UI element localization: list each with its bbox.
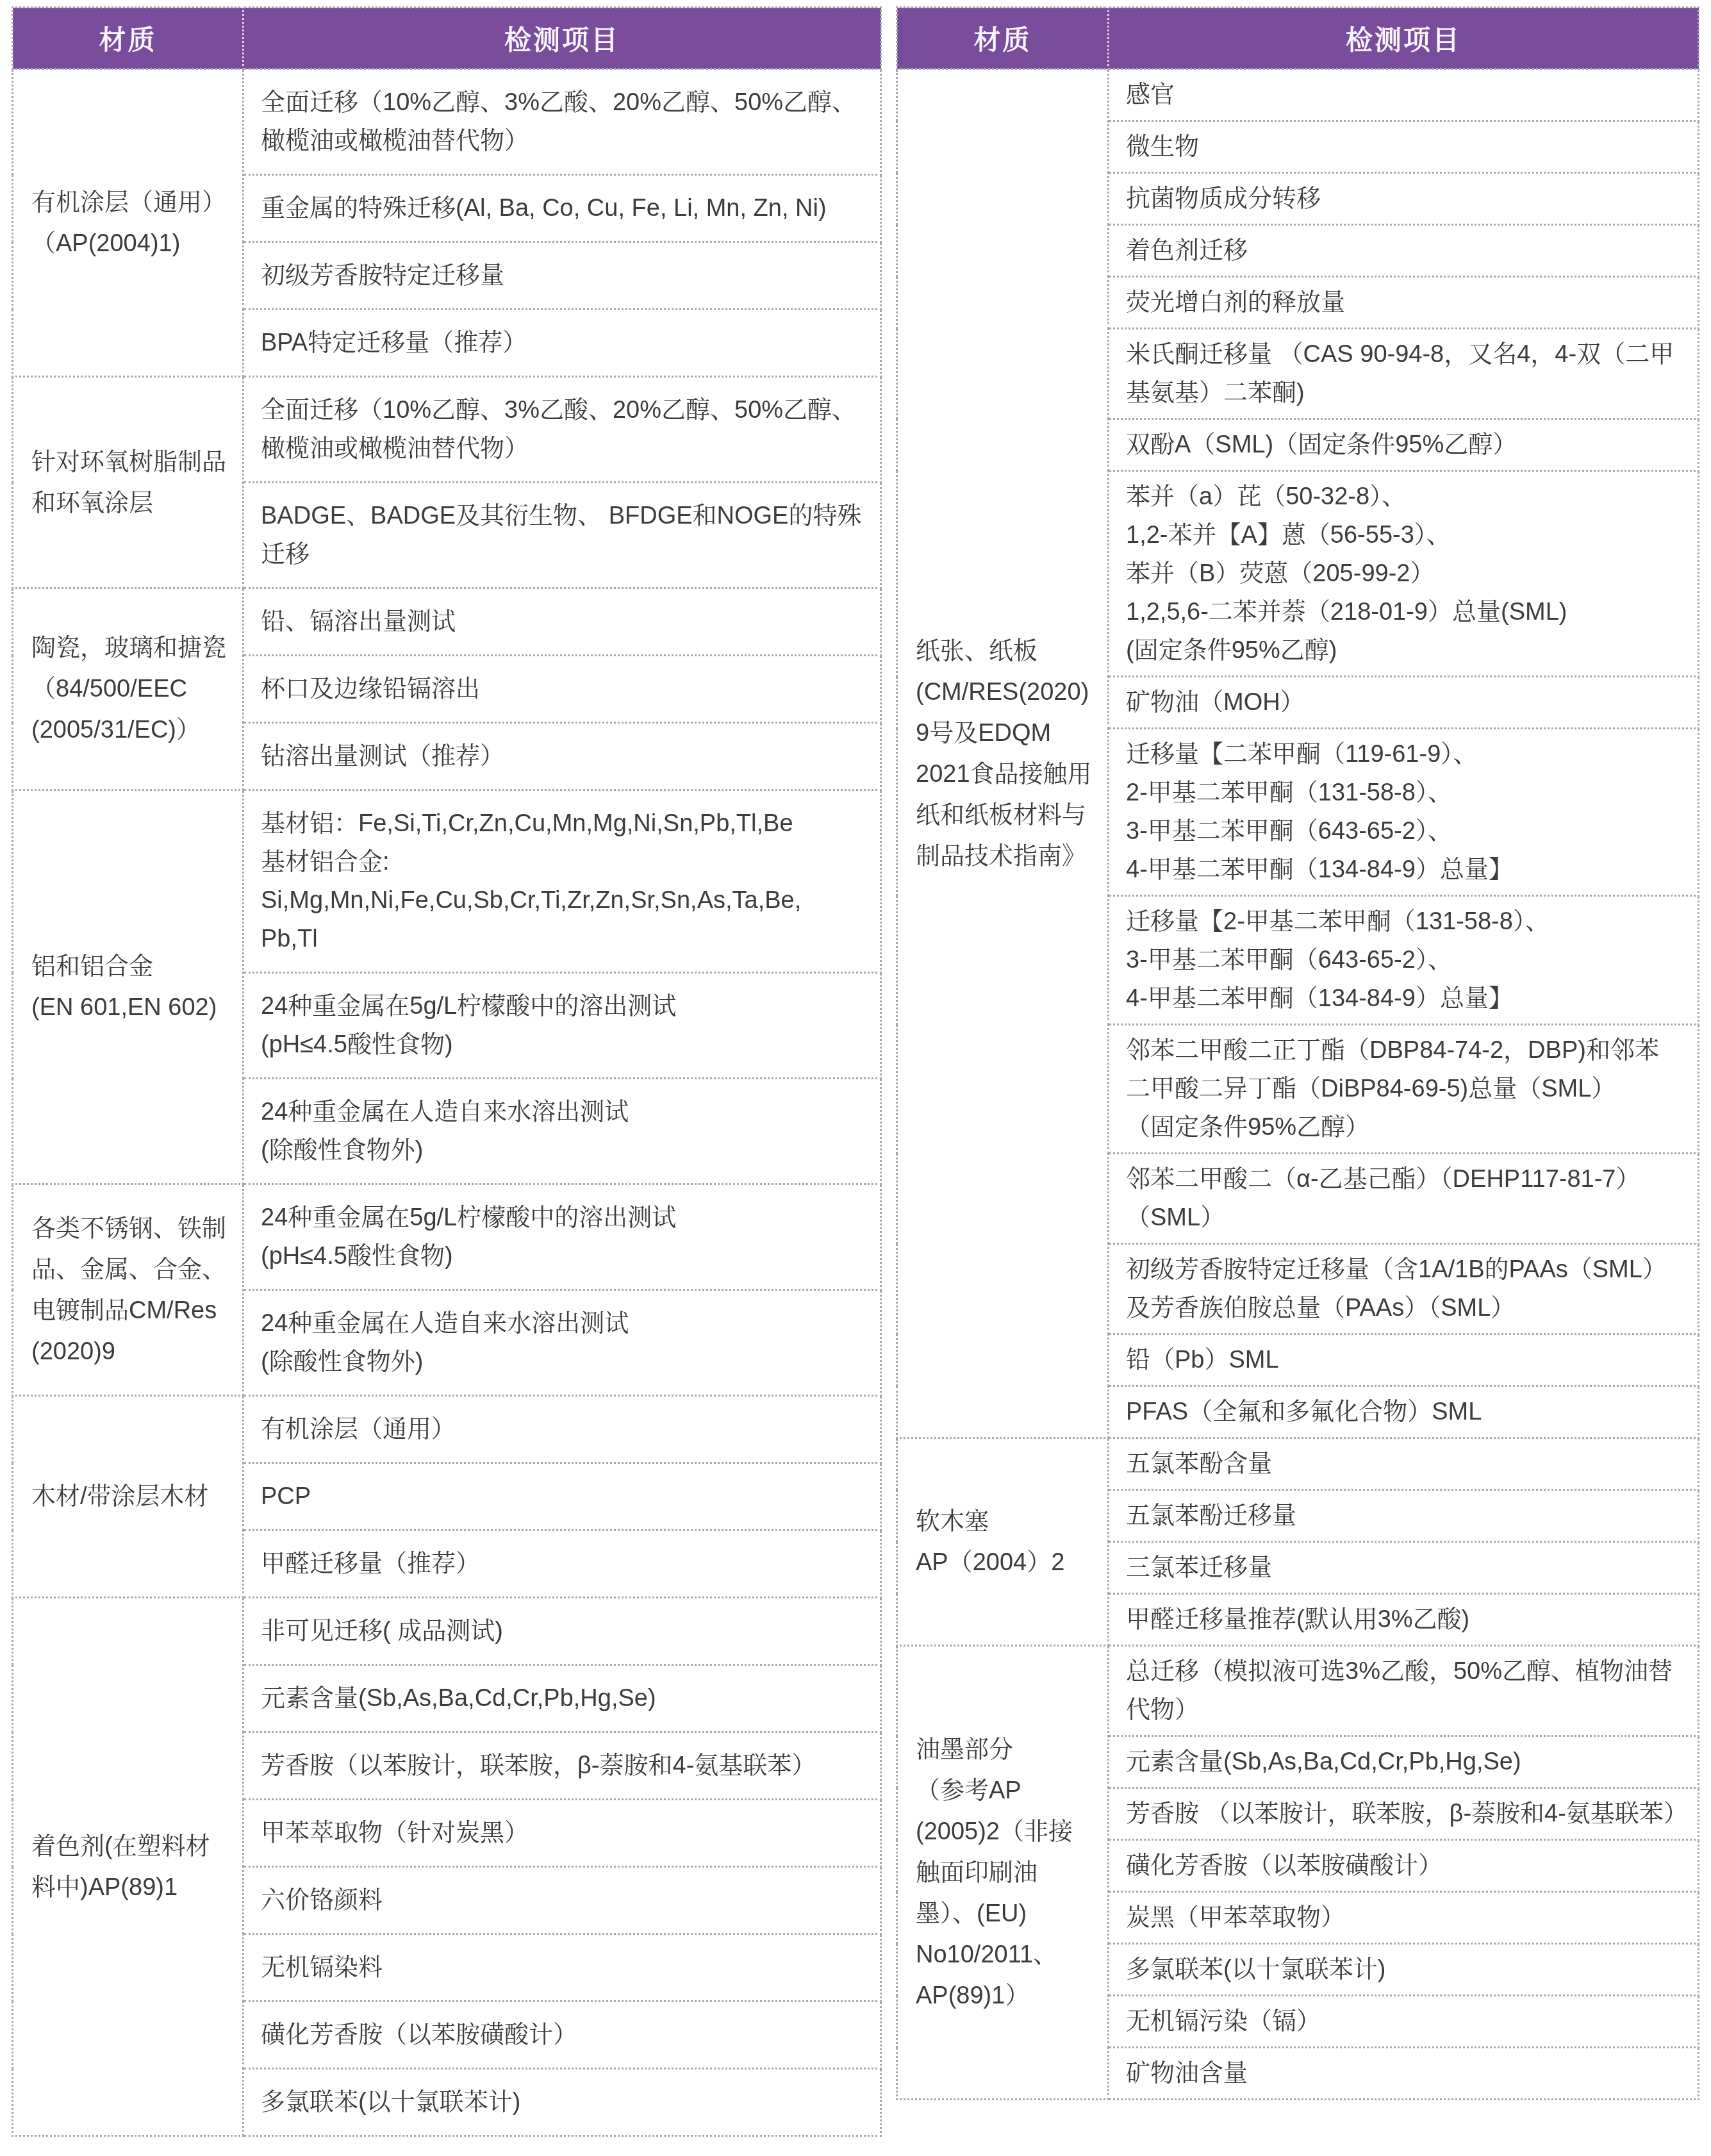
- test-item-text: 钴溶出量测试（推荐）: [261, 737, 504, 775]
- test-item-text: 三氯苯迁移量: [1126, 1548, 1272, 1587]
- test-item-cell: 多氯联苯(以十氯联苯计): [244, 2069, 881, 2136]
- test-item-cell: 抗菌物质成分转移: [1109, 173, 1699, 225]
- test-item-text: 迁移量【2-甲基二苯甲酮（131-58-8）、 3-甲基二苯甲酮（643-65-…: [1126, 902, 1550, 1018]
- test-item-cell: 磺化芳香胺（以苯胺磺酸计）: [1109, 1840, 1699, 1892]
- material-text: 有机涂层（通用） （AP(2004)1): [31, 182, 226, 264]
- test-item-cell: 迁移量【2-甲基二苯甲酮（131-58-8）、 3-甲基二苯甲酮（643-65-…: [1109, 896, 1699, 1025]
- test-item-text: 六价铬颜料: [261, 1881, 383, 1920]
- test-item-text: PCP: [261, 1477, 311, 1516]
- test-item-text: 全面迁移（10%乙醇、3%乙酸、20%乙醇、50%乙醇、橄榄油或橄榄油替代物）: [261, 391, 863, 468]
- test-item-cell: 三氯苯迁移量: [1109, 1542, 1699, 1594]
- test-item-text: 炭黑（甲苯萃取物）: [1126, 1898, 1345, 1937]
- test-item-cell: 荧光增白剂的释放量: [1109, 277, 1699, 329]
- material-text: 软木塞 AP（2004）2: [916, 1501, 1064, 1583]
- test-item-cell: 总迁移（模拟液可选3%乙酸，50%乙醇、植物油替代物）: [1109, 1646, 1699, 1736]
- test-item-cell: 铅、镉溶出量测试: [244, 588, 881, 656]
- table-row: 陶瓷，玻璃和搪瓷 （84/500/EEC (2005/31/EC)）铅、镉溶出量…: [13, 588, 881, 656]
- test-item-text: 杯口及边缘铅镉溶出: [261, 670, 480, 708]
- test-item-text: 铅、镉溶出量测试: [261, 602, 456, 641]
- test-item-text: 矿物油含量: [1126, 2054, 1248, 2093]
- test-item-text: 微生物: [1126, 128, 1199, 166]
- test-item-cell: 炭黑（甲苯萃取物）: [1109, 1892, 1699, 1944]
- test-item-text: 感官: [1126, 76, 1175, 114]
- material-text: 各类不锈钢、铁制 品、金属、合金、 电镀制品CM/Res (2020)9: [31, 1208, 226, 1372]
- test-item-text: 邻苯二甲酸二（α-乙基己酯）（DEHP117-81-7） （SML）: [1126, 1160, 1641, 1237]
- test-item-text: 多氯联苯(以十氯联苯计): [261, 2083, 520, 2121]
- test-item-text: 无机镉污染（镉）: [1126, 2002, 1321, 2041]
- test-item-text: 米氏酮迁移量 （CAS 90-94-8，又名4，4-双（二甲基氨基）二苯酮): [1126, 335, 1681, 412]
- right-material-column-header: 材质: [897, 8, 1109, 69]
- test-item-cell: 铅（Pb）SML: [1109, 1334, 1699, 1386]
- test-item-text: 铅（Pb）SML: [1126, 1341, 1279, 1379]
- left-table-body: 有机涂层（通用） （AP(2004)1)全面迁移（10%乙醇、3%乙酸、20%乙…: [13, 69, 881, 2136]
- material-cell: 各类不锈钢、铁制 品、金属、合金、 电镀制品CM/Res (2020)9: [13, 1184, 244, 1396]
- test-item-text: 元素含量(Sb,As,Ba,Cd,Cr,Pb,Hg,Se): [1126, 1743, 1521, 1781]
- test-item-text: 五氯苯酚含量: [1126, 1445, 1272, 1483]
- test-item-cell: 感官: [1109, 69, 1699, 121]
- test-item-text: 双酚A（SML)（固定条件95%乙醇）: [1126, 426, 1517, 464]
- test-item-text: PFAS（全氟和多氟化合物）SML: [1126, 1393, 1482, 1431]
- test-item-cell: 迁移量【二苯甲酮（119-61-9）、 2-甲基二苯甲酮（131-58-8）、 …: [1109, 729, 1699, 896]
- table-row: 针对环氧树脂制品 和环氧涂层全面迁移（10%乙醇、3%乙酸、20%乙醇、50%乙…: [13, 377, 881, 483]
- test-item-cell: BADGE、BADGE及其衍生物、 BFDGE和NOGE的特殊迁移: [244, 483, 881, 588]
- test-item-text: 甲醛迁移量推荐(默认用3%乙酸): [1126, 1600, 1469, 1639]
- test-item-text: 初级芳香胺特定迁移量: [261, 256, 504, 295]
- left-test-items-column-header: 检测项目: [244, 8, 881, 69]
- test-item-cell: 着色剂迁移: [1109, 225, 1699, 277]
- test-item-text: 24种重金属在5g/L柠檬酸中的溶出测试 (pH≤4.5酸性食物): [261, 987, 676, 1064]
- test-item-cell: 有机涂层（通用）: [244, 1396, 881, 1463]
- test-item-cell: 24种重金属在人造自来水溶出测试 (除酸性食物外): [244, 1290, 881, 1396]
- material-cell: 油墨部分 （参考AP (2005)2（非接 触面印刷油 墨）、(EU) No10…: [897, 1646, 1109, 2100]
- table-row: 铝和铝合金 (EN 601,EN 602)基材铝：Fe,Si,Ti,Cr,Zn,…: [13, 790, 881, 973]
- material-cell: 铝和铝合金 (EN 601,EN 602): [13, 790, 244, 1184]
- table-row: 各类不锈钢、铁制 品、金属、合金、 电镀制品CM/Res (2020)924种重…: [13, 1184, 881, 1290]
- test-item-cell: 五氯苯酚迁移量: [1109, 1490, 1699, 1542]
- test-item-cell: 无机镉污染（镉）: [1109, 1996, 1699, 2048]
- test-item-cell: 甲醛迁移量推荐(默认用3%乙酸): [1109, 1594, 1699, 1646]
- test-item-cell: 六价铬颜料: [244, 1867, 881, 1934]
- material-text: 针对环氧树脂制品 和环氧涂层: [31, 442, 226, 524]
- test-item-cell: 24种重金属在人造自来水溶出测试 (除酸性食物外): [244, 1079, 881, 1184]
- test-item-cell: 全面迁移（10%乙醇、3%乙酸、20%乙醇、50%乙醇、橄榄油或橄榄油替代物）: [244, 69, 881, 175]
- test-item-cell: 甲苯萃取物（针对炭黑）: [244, 1800, 881, 1867]
- test-item-cell: 24种重金属在5g/L柠檬酸中的溶出测试 (pH≤4.5酸性食物): [244, 1184, 881, 1290]
- test-item-text: 有机涂层（通用）: [261, 1410, 456, 1448]
- test-item-text: 抗菌物质成分转移: [1126, 179, 1321, 218]
- test-item-cell: 苯并（a）芘（50-32-8）、 1,2-苯并【A】蒽（56-55-3）、 苯并…: [1109, 471, 1699, 677]
- test-item-cell: 甲醛迁移量（推荐）: [244, 1530, 881, 1598]
- test-item-cell: 元素含量(Sb,As,Ba,Cd,Cr,Pb,Hg,Se): [1109, 1736, 1699, 1788]
- test-item-cell: 矿物油（MOH）: [1109, 677, 1699, 729]
- material-cell: 木材/带涂层木材: [13, 1396, 244, 1598]
- test-item-text: 磺化芳香胺（以苯胺磺酸计）: [261, 2016, 577, 2054]
- table-row: 有机涂层（通用） （AP(2004)1)全面迁移（10%乙醇、3%乙酸、20%乙…: [13, 69, 881, 175]
- test-item-cell: 全面迁移（10%乙醇、3%乙酸、20%乙醇、50%乙醇、橄榄油或橄榄油替代物）: [244, 377, 881, 483]
- test-item-cell: 多氯联苯(以十氯联苯计): [1109, 1944, 1699, 1996]
- test-item-cell: 初级芳香胺特定迁移量: [244, 242, 881, 310]
- material-cell: 纸张、纸板 (CM/RES(2020) 9号及EDQM 2021食品接触用 纸和…: [897, 69, 1109, 1438]
- test-item-text: 重金属的特殊迁移(Al, Ba, Co, Cu, Fe, Li, Mn, Zn,…: [261, 189, 827, 228]
- test-item-text: 非可见迁移( 成品测试): [261, 1612, 503, 1650]
- right-test-items-column-header: 检测项目: [1109, 8, 1699, 69]
- test-item-text: BADGE、BADGE及其衍生物、 BFDGE和NOGE的特殊迁移: [261, 497, 863, 574]
- test-item-text: 24种重金属在人造自来水溶出测试 (除酸性食物外): [261, 1304, 629, 1381]
- materials-test-items-document: 材质 检测项目 有机涂层（通用） （AP(2004)1)全面迁移（10%乙醇、3…: [0, 0, 1711, 2156]
- right-table-body: 纸张、纸板 (CM/RES(2020) 9号及EDQM 2021食品接触用 纸和…: [897, 69, 1699, 2100]
- material-text: 陶瓷，玻璃和搪瓷 （84/500/EEC (2005/31/EC)）: [31, 627, 226, 750]
- test-item-text: 甲苯萃取物（针对炭黑）: [261, 1814, 529, 1852]
- test-item-cell: 无机镉染料: [244, 1934, 881, 2002]
- table-row: 纸张、纸板 (CM/RES(2020) 9号及EDQM 2021食品接触用 纸和…: [897, 69, 1699, 121]
- left-material-column-header: 材质: [13, 8, 244, 69]
- test-item-cell: 米氏酮迁移量 （CAS 90-94-8，又名4，4-双（二甲基氨基）二苯酮): [1109, 329, 1699, 419]
- test-item-text: 芳香胺 （以苯胺计，联苯胺，β-萘胺和4-氨基联苯）: [1126, 1795, 1681, 1833]
- left-table: 材质 检测项目 有机涂层（通用） （AP(2004)1)全面迁移（10%乙醇、3…: [12, 6, 882, 2137]
- material-cell: 着色剂(在塑料材 料中)AP(89)1: [13, 1598, 244, 2136]
- test-item-text: 磺化芳香胺（以苯胺磺酸计）: [1126, 1846, 1442, 1885]
- material-text: 木材/带涂层木材: [31, 1476, 209, 1517]
- table-row: 着色剂(在塑料材 料中)AP(89)1非可见迁移( 成品测试): [13, 1598, 881, 1665]
- test-item-text: 芳香胺（以苯胺计，联苯胺，β-萘胺和4-氨基联苯）: [261, 1746, 816, 1785]
- test-item-text: 总迁移（模拟液可选3%乙酸，50%乙醇、植物油替代物）: [1126, 1652, 1681, 1729]
- test-item-cell: 邻苯二甲酸二正丁酯（DBP84-74-2，DBP)和邻苯二甲酸二异丁酯（DiBP…: [1109, 1025, 1699, 1154]
- material-cell: 软木塞 AP（2004）2: [897, 1438, 1109, 1646]
- right-table: 材质 检测项目 纸张、纸板 (CM/RES(2020) 9号及EDQM 2021…: [896, 6, 1699, 2100]
- test-item-text: 甲醛迁移量（推荐）: [261, 1545, 480, 1583]
- table-row: 油墨部分 （参考AP (2005)2（非接 触面印刷油 墨）、(EU) No10…: [897, 1646, 1699, 1736]
- test-item-cell: 24种重金属在5g/L柠檬酸中的溶出测试 (pH≤4.5酸性食物): [244, 973, 881, 1079]
- material-text: 着色剂(在塑料材 料中)AP(89)1: [31, 1826, 210, 1908]
- material-cell: 有机涂层（通用） （AP(2004)1): [13, 69, 244, 377]
- test-item-cell: 芳香胺 （以苯胺计，联苯胺，β-萘胺和4-氨基联苯）: [1109, 1788, 1699, 1840]
- test-item-cell: 元素含量(Sb,As,Ba,Cd,Cr,Pb,Hg,Se): [244, 1665, 881, 1732]
- test-item-text: 24种重金属在5g/L柠檬酸中的溶出测试 (pH≤4.5酸性食物): [261, 1198, 676, 1275]
- left-table-header-row: 材质 检测项目: [13, 8, 881, 69]
- test-item-cell: 杯口及边缘铅镉溶出: [244, 656, 881, 723]
- test-item-text: 五氯苯酚迁移量: [1126, 1497, 1296, 1535]
- table-row: 木材/带涂层木材有机涂层（通用）: [13, 1396, 881, 1463]
- test-item-text: 无机镉染料: [261, 1948, 383, 1987]
- material-text: 油墨部分 （参考AP (2005)2（非接 触面印刷油 墨）、(EU) No10…: [916, 1729, 1073, 2016]
- test-item-cell: 邻苯二甲酸二（α-乙基己酯）（DEHP117-81-7） （SML）: [1109, 1154, 1699, 1244]
- test-item-text: 全面迁移（10%乙醇、3%乙酸、20%乙醇、50%乙醇、橄榄油或橄榄油替代物）: [261, 83, 863, 160]
- test-item-cell: 微生物: [1109, 121, 1699, 173]
- test-item-text: 邻苯二甲酸二正丁酯（DBP84-74-2，DBP)和邻苯二甲酸二异丁酯（DiBP…: [1126, 1031, 1681, 1147]
- material-text: 纸张、纸板 (CM/RES(2020) 9号及EDQM 2021食品接触用 纸和…: [916, 631, 1092, 877]
- test-item-cell: 矿物油含量: [1109, 2048, 1699, 2100]
- test-item-text: 苯并（a）芘（50-32-8）、 1,2-苯并【A】蒽（56-55-3）、 苯并…: [1126, 477, 1567, 670]
- test-item-text: 荧光增白剂的释放量: [1126, 283, 1345, 322]
- test-item-cell: PCP: [244, 1463, 881, 1530]
- test-item-text: 矿物油（MOH）: [1126, 683, 1305, 722]
- test-item-text: 24种重金属在人造自来水溶出测试 (除酸性食物外): [261, 1093, 629, 1170]
- tables-row: 材质 检测项目 有机涂层（通用） （AP(2004)1)全面迁移（10%乙醇、3…: [12, 6, 1699, 2137]
- test-item-text: BPA特定迁移量（推荐）: [261, 324, 527, 362]
- material-text: 铝和铝合金 (EN 601,EN 602): [31, 946, 217, 1028]
- right-table-header-row: 材质 检测项目: [897, 8, 1699, 69]
- test-item-text: 初级芳香胺特定迁移量（含1A/1B的PAAs（SML） 及芳香族伯胺总量（PAA…: [1126, 1250, 1667, 1327]
- test-item-text: 着色剂迁移: [1126, 231, 1248, 270]
- test-item-cell: 非可见迁移( 成品测试): [244, 1598, 881, 1665]
- test-item-cell: BPA特定迁移量（推荐）: [244, 310, 881, 377]
- test-item-cell: 芳香胺（以苯胺计，联苯胺，β-萘胺和4-氨基联苯）: [244, 1732, 881, 1800]
- test-item-cell: PFAS（全氟和多氟化合物）SML: [1109, 1386, 1699, 1438]
- test-item-cell: 重金属的特殊迁移(Al, Ba, Co, Cu, Fe, Li, Mn, Zn,…: [244, 175, 881, 242]
- test-item-text: 迁移量【二苯甲酮（119-61-9）、 2-甲基二苯甲酮（131-58-8）、 …: [1126, 735, 1513, 889]
- table-row: 软木塞 AP（2004）2五氯苯酚含量: [897, 1438, 1699, 1490]
- material-cell: 针对环氧树脂制品 和环氧涂层: [13, 377, 244, 588]
- test-item-cell: 五氯苯酚含量: [1109, 1438, 1699, 1490]
- test-item-text: 元素含量(Sb,As,Ba,Cd,Cr,Pb,Hg,Se): [261, 1679, 656, 1718]
- test-item-text: 多氯联苯(以十氯联苯计): [1126, 1950, 1385, 1989]
- material-cell: 陶瓷，玻璃和搪瓷 （84/500/EEC (2005/31/EC)）: [13, 588, 244, 790]
- test-item-cell: 基材铝：Fe,Si,Ti,Cr,Zn,Cu,Mn,Mg,Ni,Sn,Pb,Tl,…: [244, 790, 881, 973]
- test-item-cell: 钴溶出量测试（推荐）: [244, 723, 881, 790]
- test-item-cell: 初级芳香胺特定迁移量（含1A/1B的PAAs（SML） 及芳香族伯胺总量（PAA…: [1109, 1244, 1699, 1334]
- test-item-cell: 双酚A（SML)（固定条件95%乙醇）: [1109, 419, 1699, 471]
- test-item-text: 基材铝：Fe,Si,Ti,Cr,Zn,Cu,Mn,Mg,Ni,Sn,Pb,Tl,…: [261, 804, 801, 958]
- test-item-cell: 磺化芳香胺（以苯胺磺酸计）: [244, 2002, 881, 2069]
